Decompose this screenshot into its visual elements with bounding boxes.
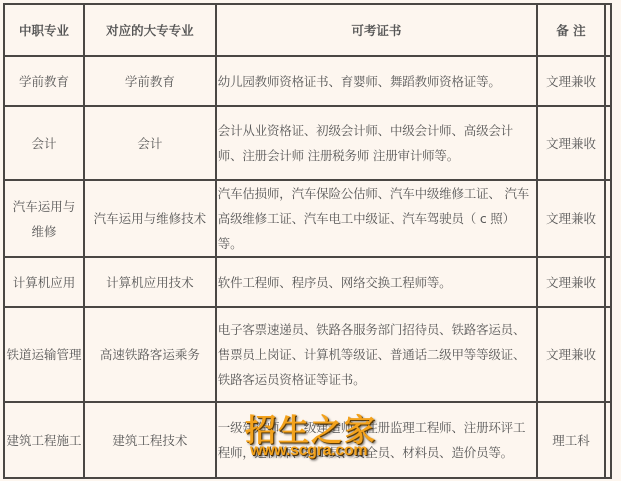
secondary-major-cell: 会计 <box>4 106 84 180</box>
certificates-cell: 幼儿园教师资格证书、育婴师、舞蹈教师资格证等。 <box>216 56 537 106</box>
note-cell: 文理兼收 <box>537 56 605 106</box>
note-cell: 文理兼收 <box>537 106 605 180</box>
certificates-cell: 汽车估损师，汽车保险公估师、汽车中级维修工证、 汽车高级维修工证、汽车电工中级证… <box>216 180 537 257</box>
table-row: 铁道运输管理 高速铁路客运乘务 电子客票速递员、铁路各服务部门招待员、铁路客运员… <box>4 307 611 402</box>
table-row: 计算机应用 计算机应用技术 软件工程师、程序员、网络交换工程师等。 文理兼收 <box>4 257 611 307</box>
certificate-table: 中职专业 对应的大专专业 可考证书 备 注 学前教育 学前教育 幼儿园教师资格证… <box>3 3 612 479</box>
secondary-major-cell: 学前教育 <box>4 56 84 106</box>
college-major-cell: 汽车运用与维修技术 <box>84 180 216 257</box>
table-row: 会计 会计 会计从业资格证、初级会计师、中级会计师、高级会计师、注册会计师 注册… <box>4 106 611 180</box>
secondary-major-cell: 计算机应用 <box>4 257 84 307</box>
college-major-cell: 高速铁路客运乘务 <box>84 307 216 402</box>
table-edge-cell <box>605 257 611 307</box>
college-major-cell: 学前教育 <box>84 56 216 106</box>
header-secondary-major: 中职专业 <box>4 4 84 56</box>
college-major-cell: 会计 <box>84 106 216 180</box>
certificates-cell: 软件工程师、程序员、网络交换工程师等。 <box>216 257 537 307</box>
table-edge-cell <box>605 56 611 106</box>
table-header-row: 中职专业 对应的大专专业 可考证书 备 注 <box>4 4 611 56</box>
certificates-cell: 电子客票速递员、铁路各服务部门招待员、铁路客运员、售票员上岗证、计算机等级证、普… <box>216 307 537 402</box>
college-major-cell: 计算机应用技术 <box>84 257 216 307</box>
table-edge-column <box>605 4 611 56</box>
note-cell: 文理兼收 <box>537 180 605 257</box>
certificates-cell: 会计从业资格证、初级会计师、中级会计师、高级会计师、注册会计师 注册税务师 注册… <box>216 106 537 180</box>
secondary-major-cell: 铁道运输管理 <box>4 307 84 402</box>
header-certificates: 可考证书 <box>216 4 537 56</box>
note-cell: 文理兼收 <box>537 307 605 402</box>
secondary-major-text: 汽车运用与维修 <box>8 194 80 244</box>
table-edge-cell <box>605 180 611 257</box>
table-edge-cell <box>605 307 611 402</box>
certificates-cell: 一级建造师、二级建造师、注册监理工程师、注册环评工程师，造价师、施工员、安全员、… <box>216 402 537 478</box>
table-edge-cell <box>605 106 611 180</box>
college-major-cell: 建筑工程技术 <box>84 402 216 478</box>
secondary-major-cell: 建筑工程施工 <box>4 402 84 478</box>
table-row: 汽车运用与维修 汽车运用与维修技术 汽车估损师，汽车保险公估师、汽车中级维修工证… <box>4 180 611 257</box>
header-college-major: 对应的大专专业 <box>84 4 216 56</box>
table-edge-cell <box>605 402 611 478</box>
table-row: 建筑工程施工 建筑工程技术 一级建造师、二级建造师、注册监理工程师、注册环评工程… <box>4 402 611 478</box>
secondary-major-cell: 汽车运用与维修 <box>4 180 84 257</box>
note-cell: 理工科 <box>537 402 605 478</box>
table-row: 学前教育 学前教育 幼儿园教师资格证书、育婴师、舞蹈教师资格证等。 文理兼收 <box>4 56 611 106</box>
note-cell: 文理兼收 <box>537 257 605 307</box>
header-note: 备 注 <box>537 4 605 56</box>
